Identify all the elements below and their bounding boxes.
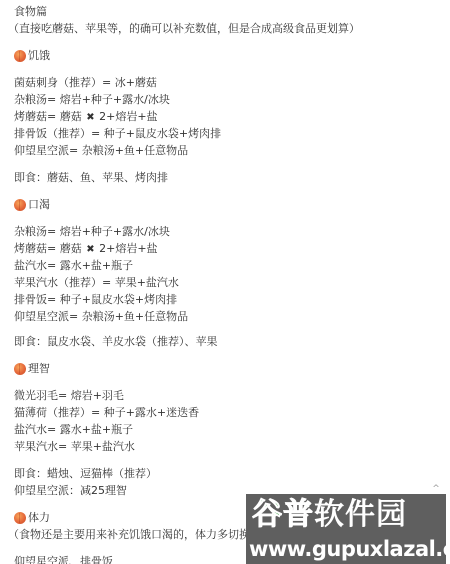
section-heading-sanity: 理智 — [14, 360, 444, 377]
recipe-line: 盐汽水= 露水+盐+瓶子 — [14, 421, 444, 438]
recipe-text: 烤蘑菇= 蘑菇 — [14, 242, 85, 255]
section-heading-label: 体力 — [28, 509, 50, 526]
recipe-line: 仰望星空派= 杂粮汤+鱼+任意物品 — [14, 308, 444, 325]
recipe-line: 苹果汽水= 苹果+盐汽水 — [14, 438, 444, 455]
recipe-line: 盐汽水= 露水+盐+瓶子 — [14, 257, 444, 274]
recipe-line: 猫薄荷（推荐）= 种子+露水+迷迭香 — [14, 404, 444, 421]
instant-food-line: 即食：蘑菇、鱼、苹果、烤肉排 — [14, 169, 444, 186]
peach-icon — [14, 199, 26, 211]
peach-icon — [14, 50, 26, 62]
recipe-line: 菌菇刺身（推荐）= 冰+蘑菇 — [14, 74, 444, 91]
section-heading-thirst: 口渴 — [14, 196, 444, 213]
section-heading-label: 理智 — [28, 360, 50, 377]
watermark-overlay: 谷普软件园 www.gupuxlazal.com — [246, 494, 446, 564]
recipe-text: 烤蘑菇= 蘑菇 — [14, 110, 85, 123]
watermark-title: 谷普软件园 — [252, 496, 407, 534]
recipe-line: 仰望星空派= 杂粮汤+鱼+任意物品 — [14, 142, 444, 159]
recipe-line: 杂粮汤= 熔岩+种子+露水/冰块 — [14, 91, 444, 108]
watermark-url: www.gupuxlazal.com — [249, 536, 450, 562]
recipe-line: 杂粮汤= 熔岩+种子+露水/冰块 — [14, 223, 444, 240]
peach-icon — [14, 512, 26, 524]
document-body: 食物篇 （直接吃蘑菇、苹果等，的确可以补充数值，但是合成高级食品更划算） 饥饿 … — [14, 3, 444, 564]
watermark-title-white: 软件园 — [314, 497, 407, 532]
page-title: 食物篇 — [14, 3, 444, 20]
recipe-line: 排骨饭（推荐）= 种子+鼠皮水袋+烤肉排 — [14, 125, 444, 142]
section-heading-label: 饥饿 — [28, 47, 50, 64]
recipe-line: 烤蘑菇= 蘑菇 ✖ 2+熔岩+盐 — [14, 240, 444, 257]
instant-food-line: 即食：蜡烛、逗猫棒（推荐） — [14, 465, 444, 482]
section-heading-label: 口渴 — [28, 196, 50, 213]
recipe-line: 排骨饭= 种子+鼠皮水袋+烤肉排 — [14, 291, 444, 308]
recipe-line: 苹果汽水（推荐）= 苹果+盐汽水 — [14, 274, 444, 291]
recipe-text: 2+熔岩+盐 — [96, 110, 158, 123]
multiply-icon: ✖ — [86, 112, 94, 123]
chevron-up-icon[interactable]: ^ — [430, 484, 442, 494]
instant-food-line: 即食：鼠皮水袋、羊皮水袋（推荐）、苹果 — [14, 333, 444, 350]
multiply-icon: ✖ — [86, 244, 94, 255]
peach-icon — [14, 363, 26, 375]
section-heading-hunger: 饥饿 — [14, 47, 444, 64]
recipe-line: 微光羽毛= 熔岩+羽毛 — [14, 387, 444, 404]
page-subtitle: （直接吃蘑菇、苹果等，的确可以补充数值，但是合成高级食品更划算） — [8, 20, 444, 37]
recipe-line: 烤蘑菇= 蘑菇 ✖ 2+熔岩+盐 — [14, 108, 444, 125]
watermark-title-green: 谷普 — [252, 497, 314, 532]
recipe-text: 2+熔岩+盐 — [96, 242, 158, 255]
